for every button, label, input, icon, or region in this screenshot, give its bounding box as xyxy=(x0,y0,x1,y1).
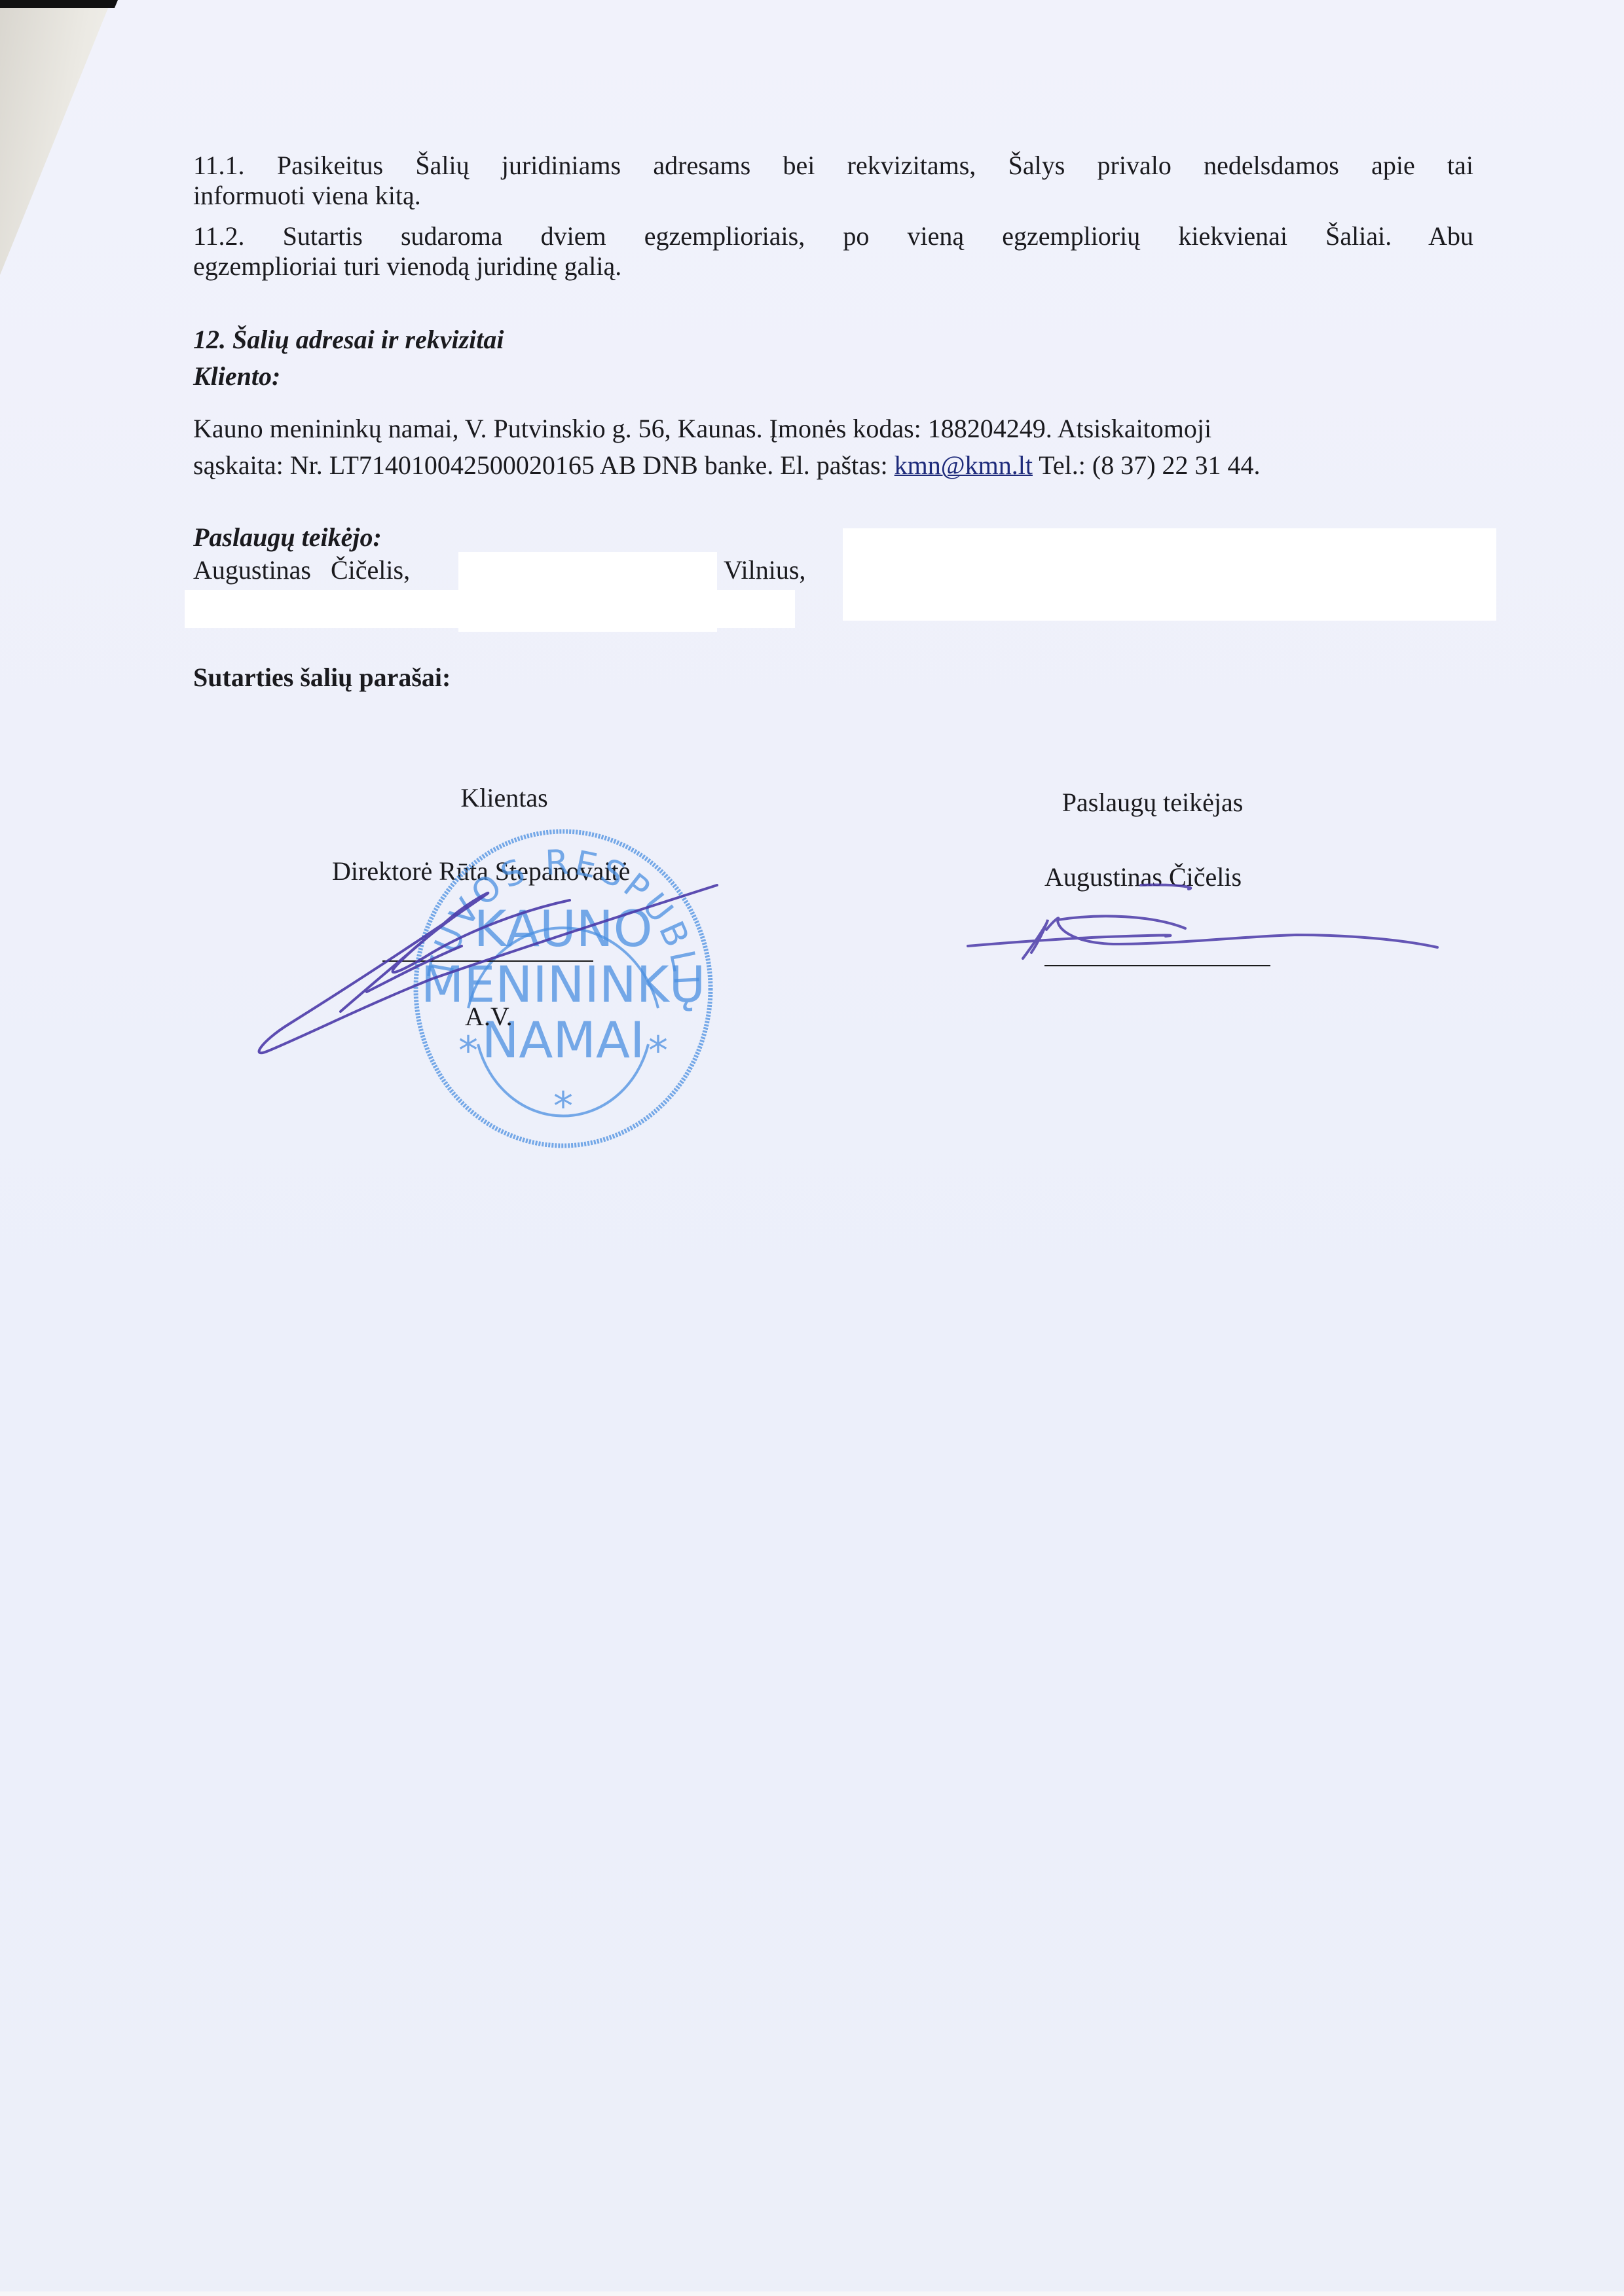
provider-signature-scribble xyxy=(0,0,1624,2296)
